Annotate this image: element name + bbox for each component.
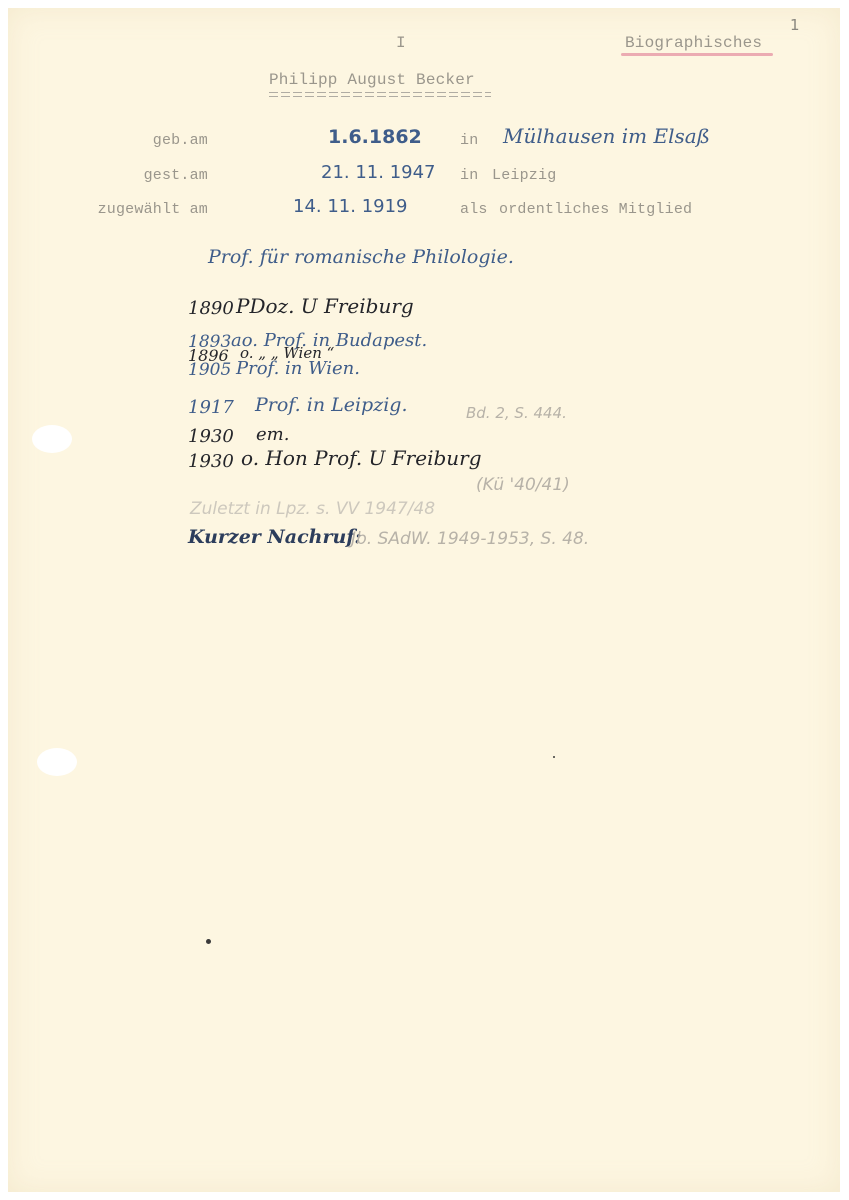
pencil-note-leipzig-ref: Bd. 2, S. 444.	[466, 404, 567, 422]
vital-connector-died: in	[460, 167, 478, 184]
career-year: 1890	[188, 298, 234, 319]
career-text: PDoz. U Freiburg	[236, 294, 414, 318]
vital-date-died: 21. 11. 1947	[321, 162, 436, 183]
career-text: em.	[256, 424, 289, 445]
punch-hole-bottom	[37, 748, 77, 776]
career-text: o. Hon Prof. U Freiburg	[241, 446, 482, 470]
vital-connector-born: in	[460, 132, 478, 149]
career-year: 1930	[188, 426, 234, 447]
vital-place-elected: ordentliches Mitglied	[499, 201, 692, 218]
punch-hole-top	[32, 425, 72, 453]
vital-date-elected: 14. 11. 1919	[293, 196, 408, 217]
section-label: Biographisches	[625, 34, 762, 52]
career-year: 1917	[188, 397, 234, 418]
person-name: Philipp August Becker	[269, 71, 475, 89]
field-of-study: Prof. für romanische Philologie.	[208, 246, 514, 268]
obituary-label: Kurzer Nachruf:	[188, 526, 362, 548]
vital-date-born: 1.6.1862	[328, 126, 422, 148]
ink-speck	[553, 756, 555, 758]
pencil-note-last: Zuletzt in Lpz. s. VV 1947/48	[190, 499, 435, 519]
document-page: 1 I Biographisches Philipp August Becker…	[8, 8, 840, 1192]
pencil-note-obituary-ref: Jb. SAdW. 1949-1953, S. 48.	[351, 529, 589, 549]
page-number: 1	[790, 16, 800, 34]
vital-label-born: geb.am	[153, 132, 208, 149]
red-underline	[621, 53, 773, 56]
ink-speck	[206, 939, 211, 944]
vital-place-died: Leipzig	[492, 167, 556, 184]
vital-place-born: Mülhausen im Elsaß	[503, 124, 710, 148]
career-year: 1905	[188, 360, 231, 380]
vital-label-died: gest.am	[144, 167, 208, 184]
vital-connector-elected: als	[460, 201, 488, 218]
name-underline	[269, 92, 491, 98]
vital-label-elected: zugewählt am	[98, 201, 208, 218]
career-text: Prof. in Leipzig.	[255, 394, 407, 416]
pencil-note-freiburg-ref: (Kü '40/41)	[476, 475, 570, 495]
section-numeral: I	[396, 34, 406, 52]
career-year: 1930	[188, 451, 234, 472]
career-text: Prof. in Wien.	[236, 358, 360, 379]
